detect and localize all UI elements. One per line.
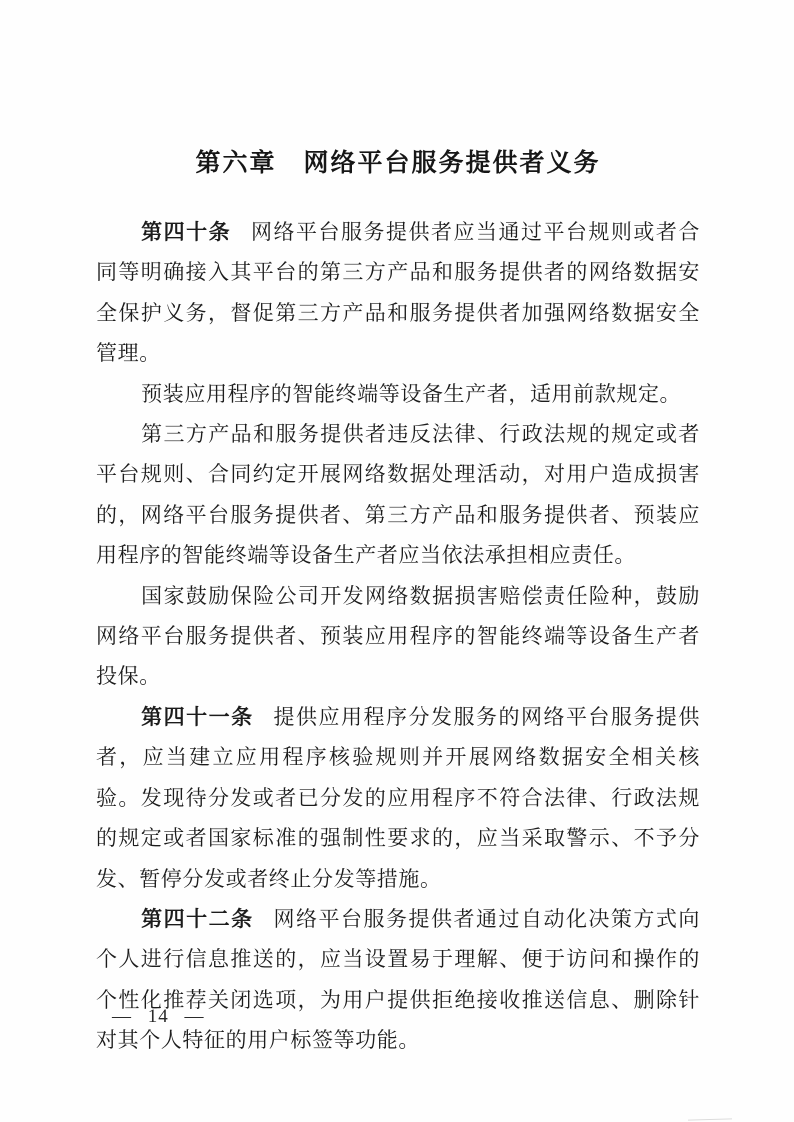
paragraph-text: 预装应用程序的智能终端等设备生产者，适用前款规定。	[141, 382, 681, 406]
article-paragraph: 预装应用程序的智能终端等设备生产者，适用前款规定。	[96, 374, 700, 414]
article-number: 第四十一条	[141, 705, 253, 729]
chapter-heading: 第六章 网络平台服务提供者义务	[96, 148, 700, 180]
document-page: 第六章 网络平台服务提供者义务 第四十条网络平台服务提供者应当通过平台规则或者合…	[0, 0, 794, 1122]
article-paragraph: 第四十二条网络平台服务提供者通过自动化决策方式向个人进行信息推送的，应当设置易于…	[96, 899, 700, 1061]
article-paragraph: 第四十条网络平台服务提供者应当通过平台规则或者合同等明确接入其平台的第三方产品和…	[96, 212, 700, 374]
scan-artifact-line	[688, 1118, 732, 1120]
paragraph-text: 提供应用程序分发服务的网络平台服务提供者，应当建立应用程序核验规则并开展网络数据…	[96, 705, 700, 891]
paragraph-text: 第三方产品和服务提供者违反法律、行政法规的规定或者平台规则、合同约定开展网络数据…	[96, 422, 700, 567]
article-number: 第四十条	[141, 220, 231, 244]
article-paragraph: 国家鼓励保险公司开发网络数据损害赔偿责任险种，鼓励网络平台服务提供者、预装应用程…	[96, 576, 700, 697]
page-number: — 14 —	[112, 1006, 205, 1028]
document-content: 第六章 网络平台服务提供者义务 第四十条网络平台服务提供者应当通过平台规则或者合…	[96, 148, 700, 1061]
article-paragraph: 第三方产品和服务提供者违反法律、行政法规的规定或者平台规则、合同约定开展网络数据…	[96, 414, 700, 576]
paragraph-text: 国家鼓励保险公司开发网络数据损害赔偿责任险种，鼓励网络平台服务提供者、预装应用程…	[96, 584, 700, 689]
article-paragraph: 第四十一条提供应用程序分发服务的网络平台服务提供者，应当建立应用程序核验规则并开…	[96, 697, 700, 899]
article-number: 第四十二条	[141, 907, 253, 931]
